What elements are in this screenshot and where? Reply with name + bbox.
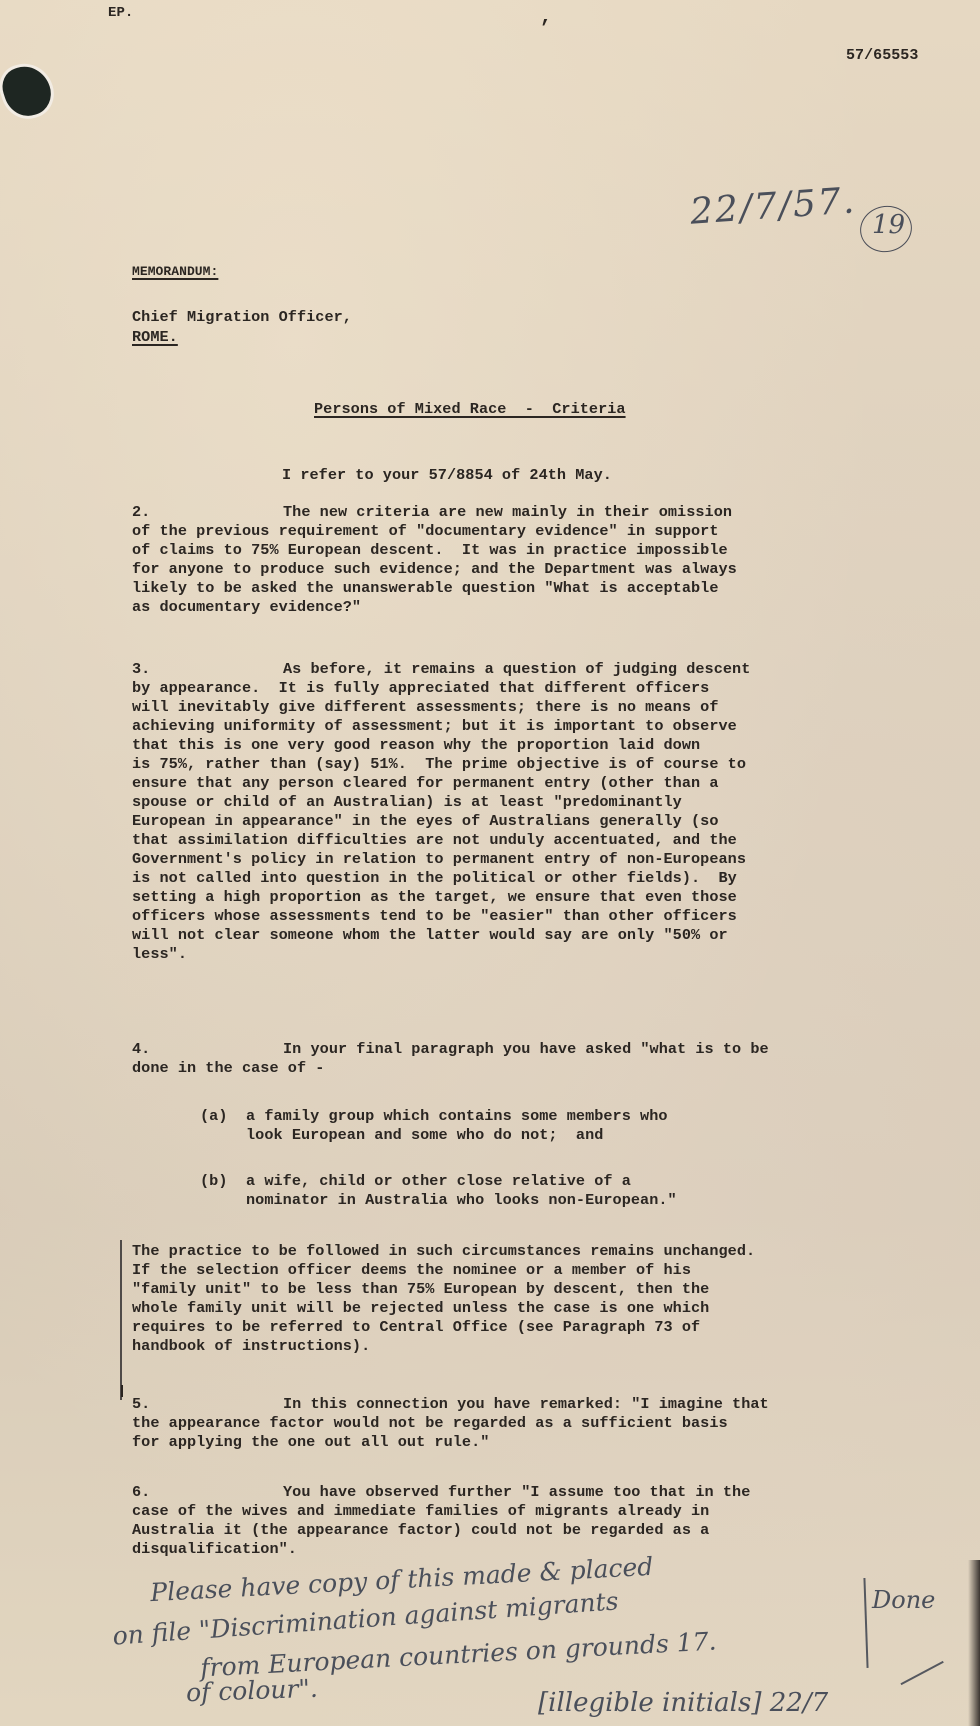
paragraph-line: whole family unit will be rejected unles… <box>132 1299 709 1319</box>
addressee-line-1: Chief Migration Officer, <box>132 308 352 328</box>
paragraph-line: spouse or child of an Australian) is at … <box>132 793 682 813</box>
addressee-line-2: ROME. <box>132 328 178 348</box>
sender-initials: EP. <box>108 4 133 24</box>
paragraph-line: as documentary evidence?" <box>132 598 361 618</box>
paragraph-line: that this is one very good reason why th… <box>132 736 700 756</box>
paragraph-line: Australia it (the appearance factor) cou… <box>132 1521 709 1541</box>
paragraph-line: will not clear someone whom the latter w… <box>132 926 728 946</box>
paragraph-line: for anyone to produce such evidence; and… <box>132 560 737 580</box>
paragraph-number: 2. <box>132 503 150 523</box>
paragraph-number: 6. <box>132 1483 150 1503</box>
paragraph-line: will inevitably give different assessmen… <box>132 698 719 718</box>
paragraph-line: by appearance. It is fully appreciated t… <box>132 679 709 699</box>
paragraph-line: the appearance factor would not be regar… <box>132 1414 728 1434</box>
folio-number: 19 <box>872 210 905 240</box>
opening-line: I refer to your 57/8854 of 24th May. <box>282 466 612 486</box>
handwritten-signature: [illegible initials] 22/7 <box>538 1688 828 1718</box>
paragraph-line: handbook of instructions). <box>132 1337 370 1357</box>
paragraph-line: If the selection officer deems the nomin… <box>132 1261 691 1281</box>
paragraph-line: As before, it remains a question of judg… <box>283 660 750 680</box>
paragraph-line: is 75%, rather than (say) 51%. The prime… <box>132 755 746 775</box>
paragraph-line: setting a high proportion as the target,… <box>132 888 737 908</box>
paragraph-line: Government's policy in relation to perma… <box>132 850 746 870</box>
paragraph-line: ensure that any person cleared for perma… <box>132 774 719 794</box>
paragraph-number: 5. <box>132 1395 150 1415</box>
paragraph-line: is not called into question in the polit… <box>132 869 737 889</box>
list-item-line: a family group which contains some membe… <box>246 1107 668 1127</box>
list-item-label: (a) <box>200 1107 228 1127</box>
page-edge-shadow <box>968 1560 980 1726</box>
list-item-label: (b) <box>200 1172 228 1192</box>
paragraph-line: that assimilation difficulties are not u… <box>132 831 737 851</box>
paragraph-line: case of the wives and immediate families… <box>132 1502 709 1522</box>
paragraph-line: You have observed further "I assume too … <box>283 1483 750 1503</box>
list-item-line: a wife, child or other close relative of… <box>246 1172 631 1192</box>
paragraph-line: less". <box>132 945 187 965</box>
paragraph-line: for applying the one out all out rule." <box>132 1433 489 1453</box>
paragraph-line: requires to be referred to Central Offic… <box>132 1318 700 1338</box>
paragraph-line: done in the case of - <box>132 1059 324 1079</box>
list-item-line: nominator in Australia who looks non-Eur… <box>246 1191 677 1211</box>
margin-mark-line <box>120 1240 122 1400</box>
paragraph-line: achieving uniformity of assessment; but … <box>132 717 737 737</box>
handwritten-side-note: Done <box>872 1586 935 1614</box>
margin-mark-tick <box>121 1385 123 1397</box>
paragraph-line: likely to be asked the unanswerable ques… <box>132 579 719 599</box>
paragraph-line: of claims to 75% European descent. It wa… <box>132 541 728 561</box>
paragraph-line: In this connection you have remarked: "I… <box>283 1395 769 1415</box>
paragraph-line: The new criteria are new mainly in their… <box>283 503 732 523</box>
handwritten-line: of colour". <box>186 1674 319 1708</box>
paragraph-number: 4. <box>132 1040 150 1060</box>
paragraph-line: of the previous requirement of "document… <box>132 522 719 542</box>
file-reference: 57/65553 <box>846 46 918 66</box>
paragraph-line: officers whose assessments tend to be "e… <box>132 907 737 927</box>
paragraph-line: European in appearance" in the eyes of A… <box>132 812 719 832</box>
paragraph-line: The practice to be followed in such circ… <box>132 1242 755 1262</box>
stray-mark: , <box>540 8 552 28</box>
paragraph-line: "family unit" to be less than 75% Europe… <box>132 1280 709 1300</box>
memo-type-label: MEMORANDUM: <box>132 262 218 282</box>
subject-heading: Persons of Mixed Race - Criteria <box>314 400 626 420</box>
list-item-line: look European and some who do not; and <box>246 1126 603 1146</box>
paragraph-line: In your final paragraph you have asked "… <box>283 1040 769 1060</box>
paragraph-line: disqualification". <box>132 1540 297 1560</box>
paragraph-number: 3. <box>132 660 150 680</box>
